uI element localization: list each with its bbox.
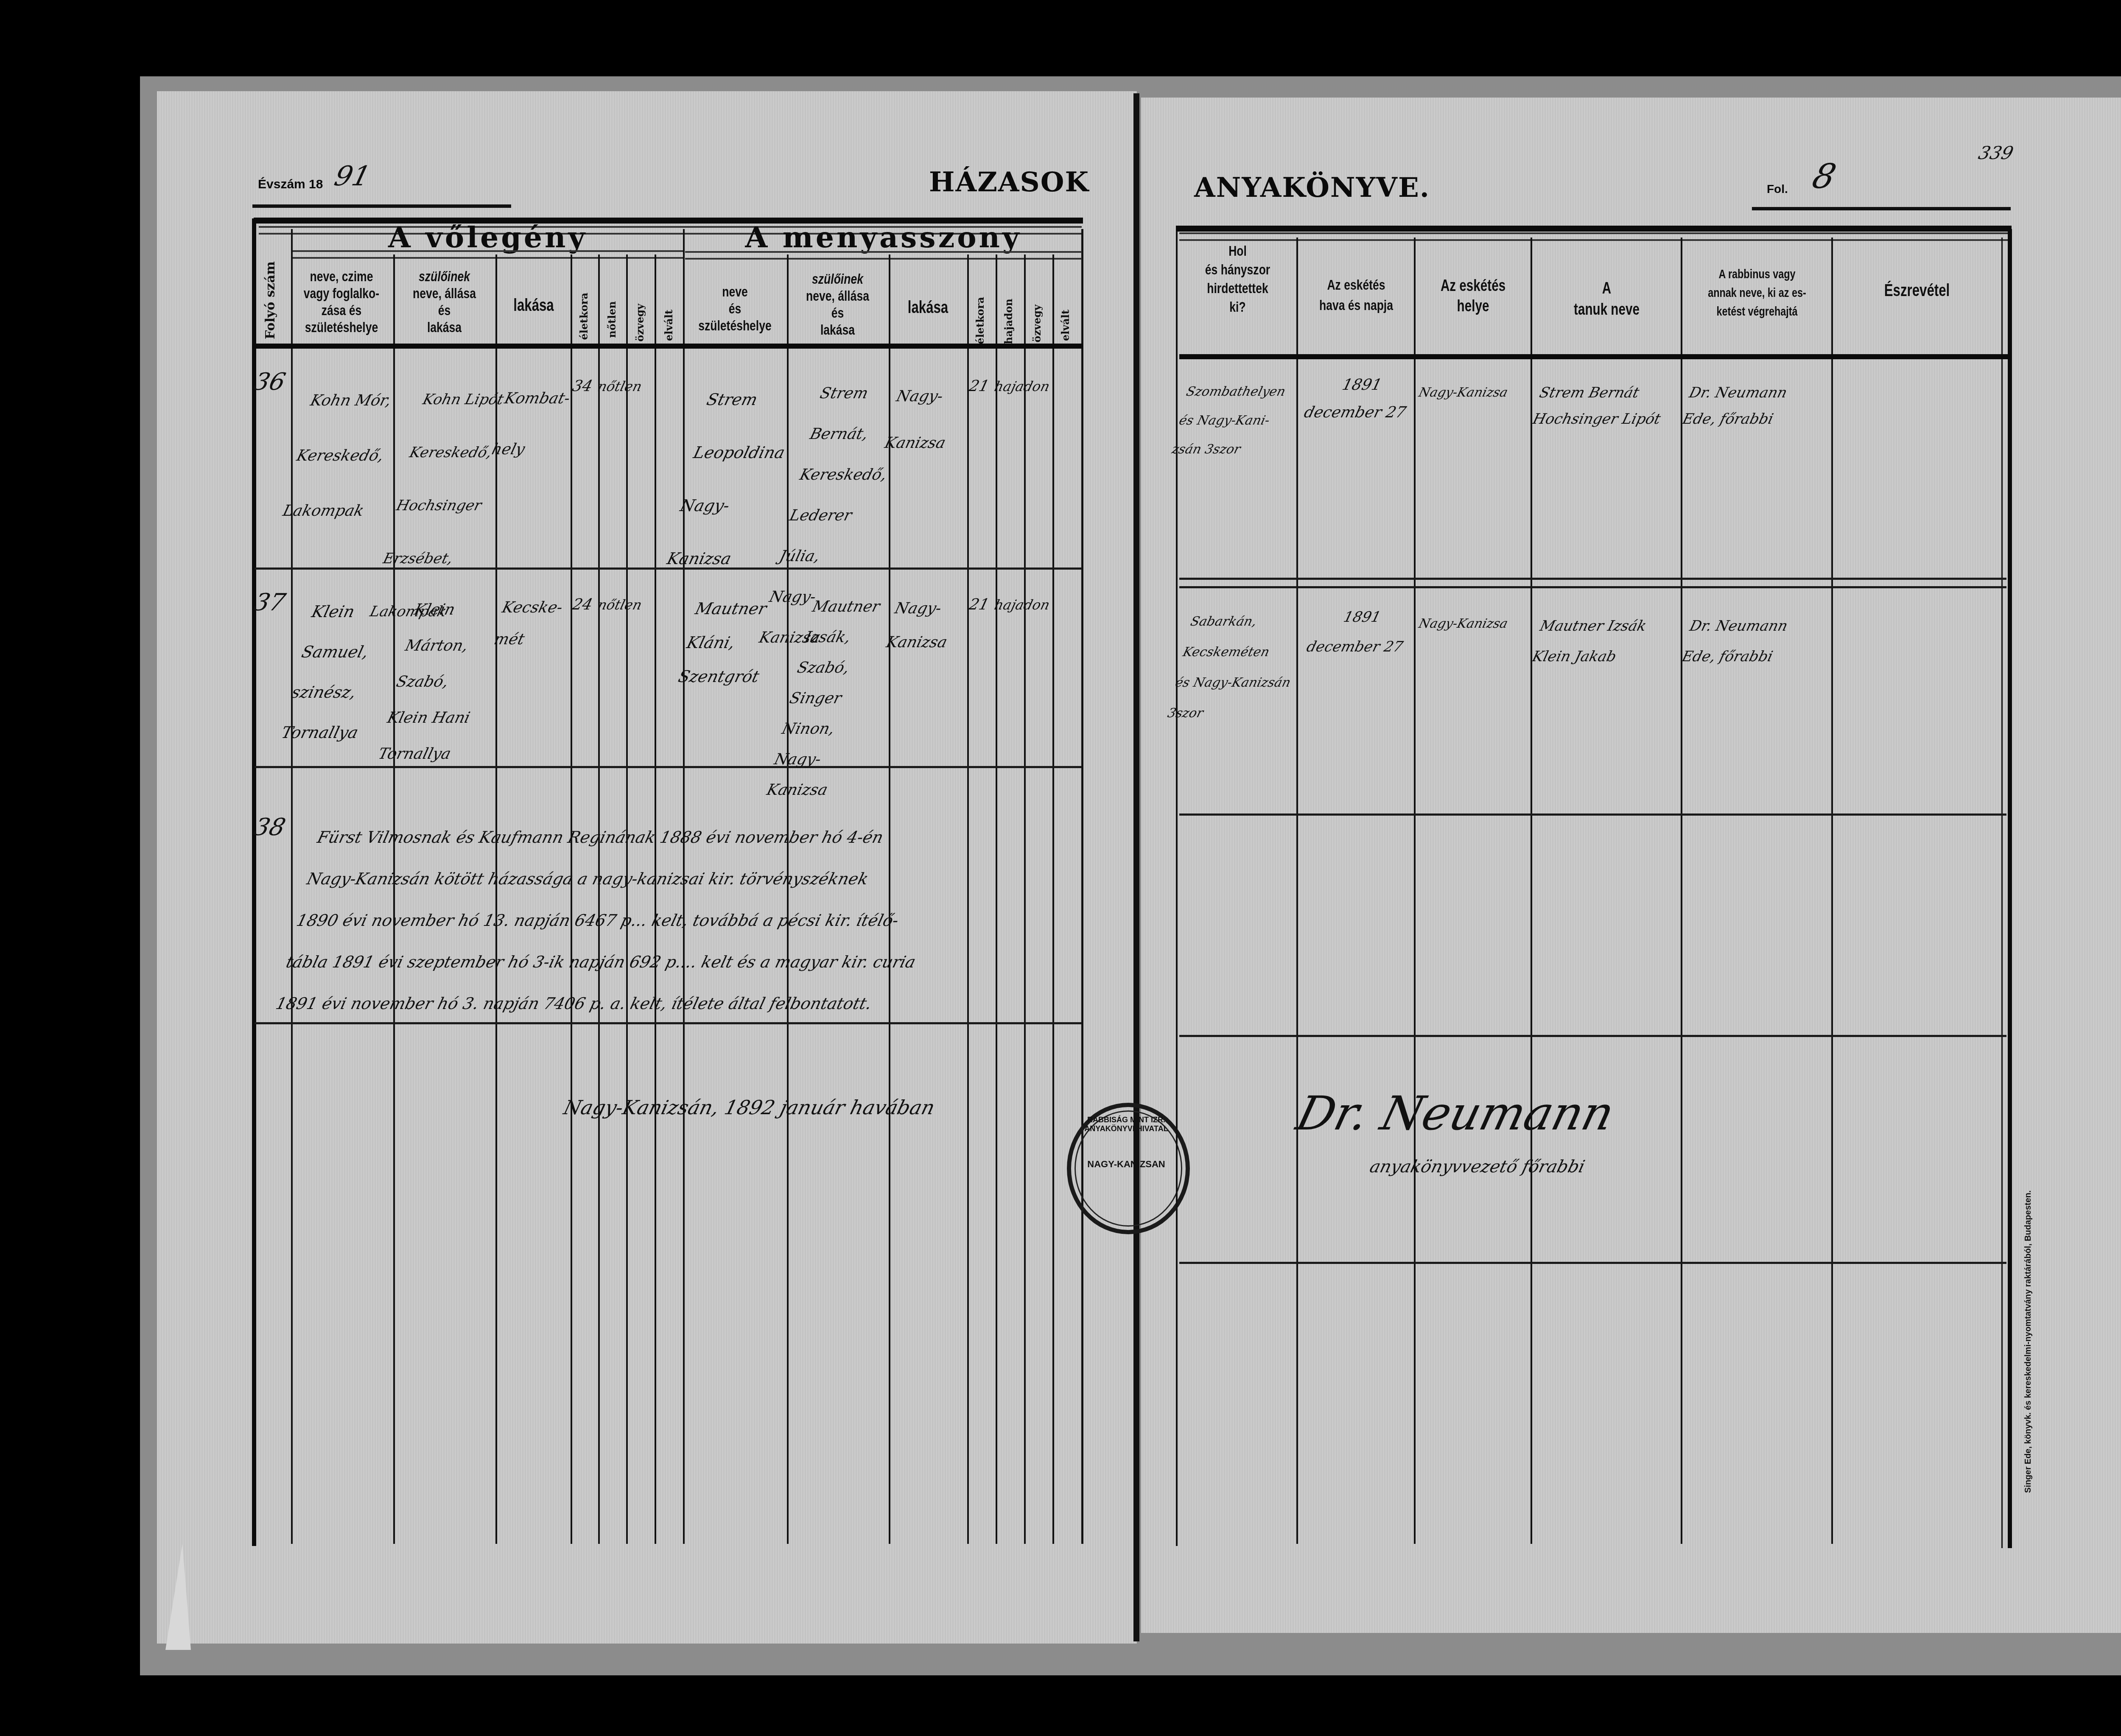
col-header-groom-parents: neve, állása és lakása: [402, 285, 487, 336]
signature-name: Dr. Neumann: [1291, 1086, 1620, 1141]
col-header-groom-single: nőtlen: [606, 301, 618, 338]
entry-37-bride-status: hajadon: [991, 592, 1053, 618]
entry-36-witnesses: Strem Bernát Hochsinger Lipót: [1530, 380, 1690, 432]
col-header-rabbi: A rabbinus vagy annak neve, ki az es- ke…: [1698, 265, 1816, 321]
book-spine: [1133, 93, 1139, 1641]
col-header-groom-parents-emph: szülőinek: [402, 268, 487, 285]
entry-36-bride-status: hajadon: [991, 373, 1053, 400]
row-separator: [1179, 586, 2006, 588]
page-number: 339: [1975, 140, 2016, 166]
col-header-bride-widowed: özvegy: [1031, 305, 1043, 343]
group-header-bride: A menyasszony: [685, 221, 1082, 254]
group-header-divider-bride: [685, 251, 1082, 260]
entry-37-rabbi: Dr. Neumann Ede, főrabbi: [1679, 611, 1840, 672]
col-header-groom-divorced: elvált: [663, 310, 675, 341]
entry-37-groom-status: nőtlen: [595, 592, 645, 618]
title-anyakonyve: ANYAKÖNYVE.: [1194, 172, 1430, 204]
entry-37-groom-residence: Kecske- mét: [490, 592, 580, 655]
col-header-bride-parents: neve, állása és lakása: [797, 288, 878, 338]
col-header-bride-name: neve és születéshelye: [694, 283, 775, 334]
col-header-groom-widowed: özvegy: [634, 304, 646, 342]
row-separator: [1179, 813, 2006, 816]
col-line: [1831, 238, 1833, 1544]
col-line: [1296, 238, 1298, 1544]
right-table-top-border: [1176, 226, 2012, 232]
col-header-banns: Hol és hányszor hirdettettek ki?: [1190, 242, 1284, 316]
official-stamp: RABBISÁG MINT IZR. ANYAKÖNYVI HIVATAL NA…: [1067, 1103, 1190, 1234]
col-line: [1414, 238, 1416, 1544]
col-header-groom-residence: lakása: [504, 297, 563, 314]
col-header-witnesses: A tanuk neve: [1548, 278, 1665, 320]
entry-37-witnesses: Mautner Izsák Klein Jakab: [1529, 611, 1690, 672]
col-header-bride-residence: lakása: [897, 299, 958, 316]
col-header-remarks: Észrevétel: [1851, 282, 1983, 299]
group-header-groom: A vőlegény: [293, 221, 683, 254]
col-line: [1681, 238, 1682, 1544]
entry-36-rabbi: Dr. Neumann Ede, főrabbi: [1680, 380, 1839, 432]
entry-38-note: Fürst Vilmosnak és Kaufmann Reginának 18…: [271, 816, 1108, 1024]
title-hazasok: HÁZASOK: [929, 166, 1089, 198]
year-label: Évszám 18: [258, 177, 323, 192]
entry-36-banns: Szombathelyen és Nagy-Kani- zsán 3szor: [1169, 377, 1309, 464]
right-page: [1141, 98, 2121, 1633]
col-header-folyo-szam: Folyó szám: [263, 271, 278, 339]
col-header-place: Az eskétés helye: [1427, 276, 1519, 316]
col-header-bride-divorced: elvált: [1059, 310, 1072, 341]
right-table-right-inner: [2001, 238, 2003, 1548]
col-line: [291, 229, 293, 1544]
col-header-bride-age: életkora: [974, 297, 986, 344]
left-header-bottom-border: [254, 344, 1083, 349]
col-header-groom-name: neve, czime vagy foglalko- zása és szüle…: [300, 268, 383, 336]
right-header-bottom-border: [1179, 354, 2011, 359]
entry-37-place: Nagy-Kanizsa: [1416, 611, 1534, 637]
bookmark-ribbon: [165, 1544, 191, 1650]
year-value: 91: [332, 163, 373, 190]
col-header-date: Az eskétés hava és napja: [1310, 275, 1402, 316]
stamp-center-text: NAGY-KANIZSAN: [1075, 1159, 1177, 1170]
signature-title: anyakönyvvezető főrabbi: [1367, 1154, 1588, 1180]
entry-36-groom-status: nőtlen: [595, 373, 645, 400]
col-header-bride-maiden: hajadon: [1002, 299, 1015, 344]
group-header-divider-groom: [293, 250, 683, 259]
col-header-bride-parents-emph: szülőinek: [797, 271, 878, 288]
right-table-right-border: [2008, 229, 2012, 1548]
col-line: [1531, 238, 1532, 1544]
col-header-groom-age: életkora: [578, 293, 590, 340]
folio-label: Fol.: [1767, 182, 1788, 196]
right-table-top-double: [1179, 232, 2011, 241]
row-separator: [1179, 1262, 2006, 1264]
left-table-left-border: [252, 218, 256, 1546]
entry-36-place: Nagy-Kanizsa: [1416, 380, 1534, 406]
stamp-ring-text: RABBISÁG MINT IZR. ANYAKÖNYVI HIVATAL: [1075, 1115, 1177, 1133]
closing-place-date: Nagy-Kanizsán, 1892 január havában: [561, 1094, 937, 1121]
year-underline: [252, 204, 511, 208]
printer-note: Singer Ede, könyvk. és kereskedelmi-nyom…: [2023, 1048, 2033, 1493]
folio-underline: [1752, 207, 2011, 210]
entry-37-date: 1891 december 27: [1295, 602, 1422, 662]
row-separator: [1179, 578, 2006, 580]
entry-36-date: 1891 december 27: [1296, 371, 1421, 426]
row-separator: [1179, 1035, 2006, 1037]
